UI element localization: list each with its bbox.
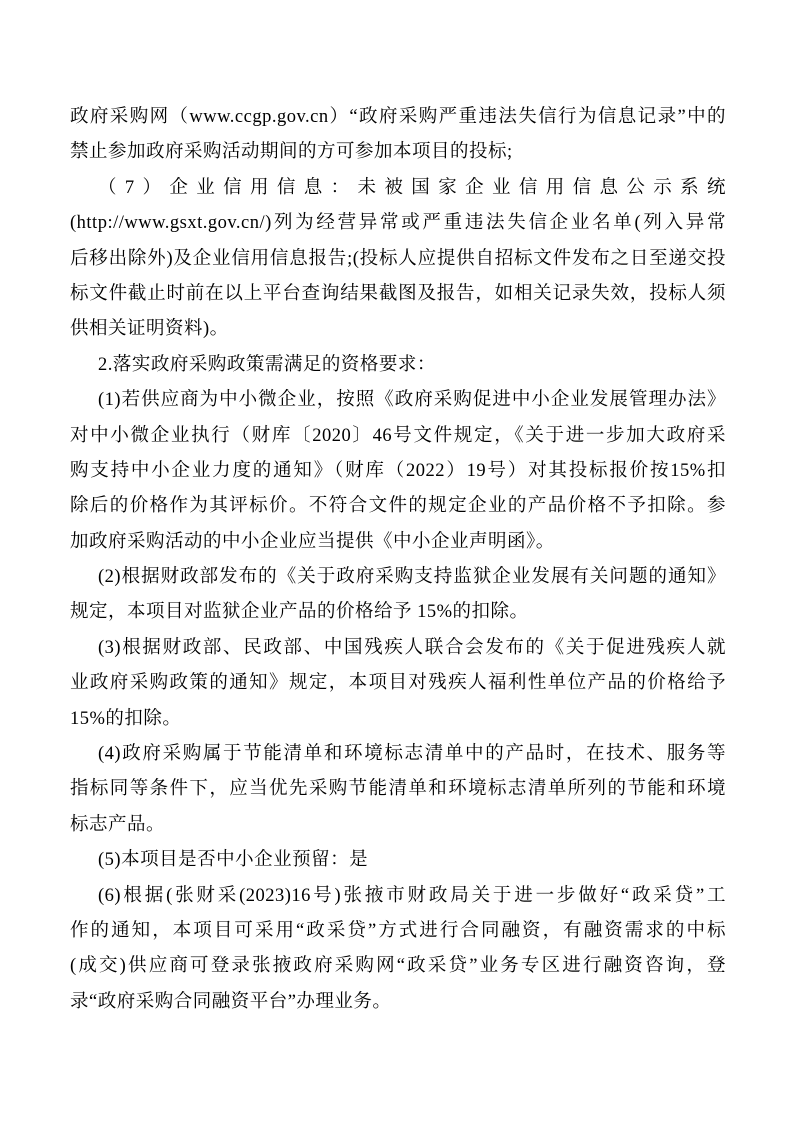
text-line: (1)若供应商为中小微企业，按照《政府采购促进中小企业发展管理办法》	[70, 383, 726, 418]
text-line: 加政府采购活动的中小企业应当提供《中小企业声明函》。	[70, 525, 726, 560]
text-line: 购支持中小企业力度的通知》（财库（2022）19号）对其投标报价按15%扣	[70, 454, 726, 489]
text-line: (2)根据财政部发布的《关于政府采购支持监狱企业发展有关问题的通知》	[70, 560, 726, 595]
text-line: (4)政府采购属于节能清单和环境标志清单中的产品时，在技术、服务等	[70, 737, 726, 772]
text-line: 除后的价格作为其评标价。不符合文件的规定企业的产品价格不予扣除。参	[70, 489, 726, 524]
text-line: 录“政府采购合同融资平台”办理业务。	[70, 985, 726, 1020]
text-line: 标志产品。	[70, 808, 726, 843]
text-line: 作的通知，本项目可采用“政采贷”方式进行合同融资，有融资需求的中标	[70, 914, 726, 949]
text-line: 禁止参加政府采购活动期间的方可参加本项目的投标;	[70, 135, 726, 170]
text-line: 后移出除外)及企业信用信息报告;(投标人应提供自招标文件发布之日至递交投	[70, 242, 726, 277]
text-line: 对中小微企业执行（财库〔2020〕46号文件规定，《关于进一步加大政府采	[70, 419, 726, 454]
text-line: 规定，本项目对监狱企业产品的价格给予 15%的扣除。	[70, 595, 726, 630]
document-page: 政府采购网（www.ccgp.gov.cn）“政府采购严重违法失信行为信息记录”…	[0, 0, 793, 1122]
text-line: 供相关证明资料)。	[70, 312, 726, 347]
text-line: （7）企业信用信息：未被国家企业信用信息公示系统	[70, 171, 726, 206]
text-line: (5)本项目是否中小企业预留：是	[70, 843, 726, 878]
text-line: 15%的扣除。	[70, 702, 726, 737]
text-line: (http://www.gsxt.gov.cn/)列为经营异常或严重违法失信企业…	[70, 206, 726, 241]
text-line: 政府采购网（www.ccgp.gov.cn）“政府采购严重违法失信行为信息记录”…	[70, 100, 726, 135]
text-line: 指标同等条件下，应当优先采购节能清单和环境标志清单所列的节能和环境	[70, 772, 726, 807]
text-line: (6)根据(张财采(2023)16号)张掖市财政局关于进一步做好“政采贷”工	[70, 879, 726, 914]
text-line: 业政府采购政策的通知》规定，本项目对残疾人福利性单位产品的价格给予	[70, 666, 726, 701]
text-line: (成交)供应商可登录张掖政府采购网“政采贷”业务专区进行融资咨询，登	[70, 949, 726, 984]
text-line: 2.落实政府采购政策需满足的资格要求：	[70, 348, 726, 383]
text-line: 标文件截止时前在以上平台查询结果截图及报告，如相关记录失效，投标人须提	[70, 277, 726, 312]
document-body: 政府采购网（www.ccgp.gov.cn）“政府采购严重违法失信行为信息记录”…	[70, 100, 726, 1020]
text-line: (3)根据财政部、民政部、中国残疾人联合会发布的《关于促进残疾人就	[70, 631, 726, 666]
